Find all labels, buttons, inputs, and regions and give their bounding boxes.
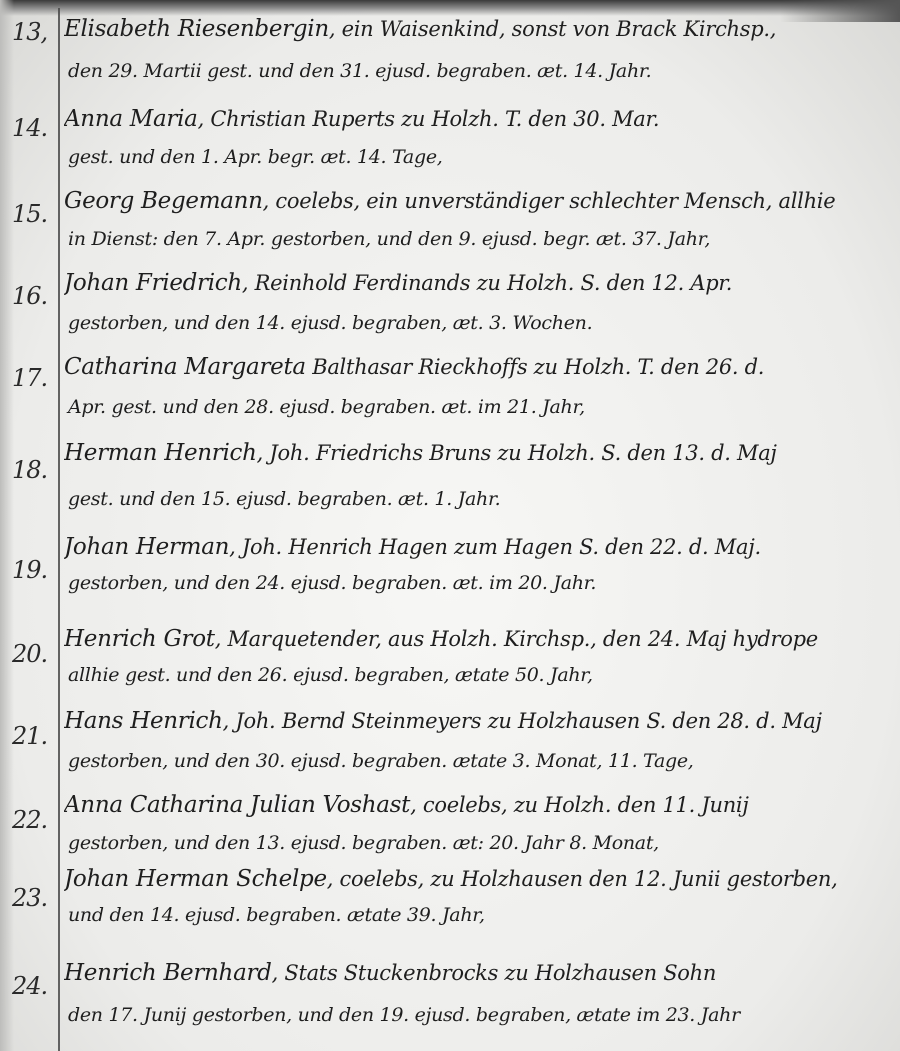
entry-name: Catharina Margareta [64, 354, 306, 380]
entry-name: Henrich Bernhard [64, 960, 272, 986]
entry-line-1-text: , Joh. Bernd Steinmeyers zu Holzhausen S… [223, 709, 822, 733]
entry-line-1-text: , coelebs, zu Holzh. den 11. Junij [410, 793, 748, 817]
entry-line-2: gest. und den 15. ejusd. begraben. æt. 1… [64, 488, 896, 510]
entry-line-1: Henrich Grot, Marquetender, aus Holzh. K… [64, 626, 896, 652]
entry-line-2: Apr. gest. und den 28. ejusd. begraben. … [64, 396, 896, 418]
entry-name: Elisabeth Riesenbergin [64, 16, 329, 42]
entry-line-1-text: , Joh. Henrich Hagen zum Hagen S. den 22… [229, 535, 761, 559]
entry-number: 13, [12, 18, 56, 46]
entry-name: Georg Begemann [64, 188, 263, 214]
entry-line-1: Johan Friedrich, Reinhold Ferdinands zu … [64, 270, 896, 296]
page-top-edge-shadow [0, 0, 900, 16]
entry-name: Herman Henrich [64, 440, 257, 466]
entry-number: 16. [12, 282, 56, 310]
entry-name: Johan Friedrich [64, 270, 242, 296]
entry-number: 23. [12, 884, 56, 912]
register-page: 13, Elisabeth Riesenbergin, ein Waisenki… [0, 0, 900, 1051]
entry-line-2: und den 14. ejusd. begraben. ætate 39. J… [64, 904, 896, 926]
entry-line-1: Henrich Bernhard, Stats Stuckenbrocks zu… [64, 960, 896, 986]
entry-line-1-text: , Christian Ruperts zu Holzh. T. den 30.… [198, 107, 660, 131]
entry-line-1: Georg Begemann, coelebs, ein unverständi… [64, 188, 896, 214]
entry-name: Hans Henrich [64, 708, 223, 734]
entry-number: 17. [12, 364, 56, 392]
entry-line-1: Hans Henrich, Joh. Bernd Steinmeyers zu … [64, 708, 896, 734]
entry-line-1: Johan Herman, Joh. Henrich Hagen zum Hag… [64, 534, 896, 560]
entry-line-1-text: , coelebs, ein unverständiger schlechter… [263, 189, 836, 213]
entry-line-1: Elisabeth Riesenbergin, ein Waisenkind, … [64, 16, 896, 42]
entry-line-1-text: , Joh. Friedrichs Bruns zu Holzh. S. den… [257, 441, 777, 465]
entry-name: Johan Herman Schelpe [64, 866, 327, 892]
entry-line-2: gestorben, und den 13. ejusd. begraben. … [64, 832, 896, 854]
entry-number: 24. [12, 972, 56, 1000]
entry-number: 20. [12, 640, 56, 668]
entry-line-1-text: , Stats Stuckenbrocks zu Holzhausen Sohn [272, 961, 717, 985]
entry-line-2: gest. und den 1. Apr. begr. æt. 14. Tage… [64, 146, 896, 168]
entry-line-1: Anna Catharina Julian Voshast, coelebs, … [64, 792, 896, 818]
margin-rule-line [58, 8, 60, 1051]
entry-line-1: Catharina Margareta Balthasar Rieckhoffs… [64, 354, 896, 380]
entry-number: 14. [12, 114, 56, 142]
entry-line-2: den 17. Junij gestorben, und den 19. eju… [64, 1004, 896, 1026]
entry-line-1: Anna Maria, Christian Ruperts zu Holzh. … [64, 106, 896, 132]
entry-number: 15. [12, 200, 56, 228]
entry-line-2: allhie gest. und den 26. ejusd. begraben… [64, 664, 896, 686]
entry-line-2: gestorben, und den 30. ejusd. begraben. … [64, 750, 896, 772]
entry-number: 18. [12, 456, 56, 484]
entry-line-1-text: Balthasar Rieckhoffs zu Holzh. T. den 26… [306, 355, 764, 379]
entry-number: 22. [12, 806, 56, 834]
entry-name: Anna Maria [64, 106, 198, 132]
entry-line-2: gestorben, und den 14. ejusd. begraben, … [64, 312, 896, 334]
entry-line-2: gestorben, und den 24. ejusd. begraben. … [64, 572, 896, 594]
entry-line-1-text: , Reinhold Ferdinands zu Holzh. S. den 1… [242, 271, 732, 295]
entry-line-2: den 29. Martii gest. und den 31. ejusd. … [64, 60, 896, 82]
entry-number: 21. [12, 722, 56, 750]
entry-name: Johan Herman [64, 534, 229, 560]
entry-name: Anna Catharina Julian Voshast [64, 792, 410, 818]
entry-line-1-text: , coelebs, zu Holzhausen den 12. Junii g… [327, 867, 838, 891]
entry-number: 19. [12, 556, 56, 584]
entry-name: Henrich Grot [64, 626, 215, 652]
entry-line-1: Herman Henrich, Joh. Friedrichs Bruns zu… [64, 440, 896, 466]
entry-line-1-text: , Marquetender, aus Holzh. Kirchsp., den… [215, 627, 818, 651]
entry-line-1-text: , ein Waisenkind, sonst von Brack Kirchs… [329, 17, 776, 41]
entry-line-2: in Dienst: den 7. Apr. gestorben, und de… [64, 228, 896, 250]
entry-line-1: Johan Herman Schelpe, coelebs, zu Holzha… [64, 866, 896, 892]
